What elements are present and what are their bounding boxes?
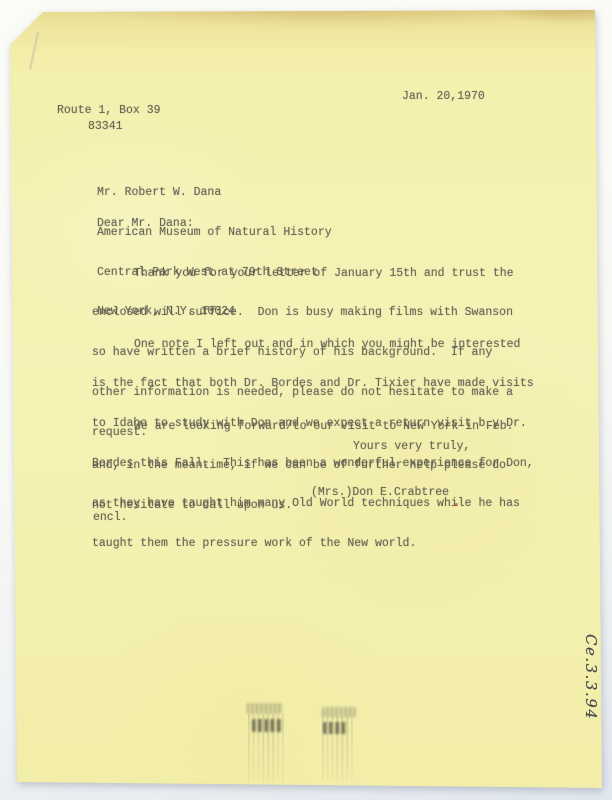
sender-address-line2: 83341 — [88, 120, 123, 133]
recipient-name: Mr. Robert W. Dana — [97, 186, 332, 199]
enclosure-note: encl. — [93, 511, 128, 524]
body-line: and, in the meantime, if we can be of fu… — [92, 459, 514, 472]
body-paragraph-3: We are looking forward/to our visit to N… — [92, 393, 514, 539]
sender-address-line1: Route 1, Box 39 — [57, 104, 161, 117]
smudge-text-row — [247, 703, 283, 714]
ink-speck — [455, 503, 458, 506]
closing-phrase: Yours very truly, — [353, 440, 470, 453]
letter-date: Jan. 20,1970 — [402, 90, 485, 103]
salutation: Dear Mr. Dana: — [97, 217, 194, 230]
scanned-letter-photo: Jan. 20,1970 Route 1, Box 39 83341 Mr. R… — [0, 0, 612, 800]
body-line: One note I left out and in which you mig… — [92, 338, 534, 351]
typed-signature: (Mrs.)Don E.Crabtree — [311, 486, 449, 499]
ink-smudge-left — [245, 701, 285, 785]
paper-scratch-mark — [29, 32, 38, 69]
smudge-streaks — [322, 716, 353, 780]
handwritten-catalog-number: Ce.3.3.94 — [578, 634, 600, 722]
body-line: not hesitate to call upon us. — [92, 499, 514, 512]
ink-smudge-right — [321, 705, 357, 783]
body-line: Thank you for your letter of January 15t… — [92, 267, 514, 280]
paper-shadow-wrap: Jan. 20,1970 Route 1, Box 39 83341 Mr. R… — [0, 0, 612, 800]
body-line: is the fact that both Dr. Bordes and Dr.… — [92, 377, 534, 390]
body-line: We are looking forward/to our visit to N… — [92, 420, 514, 433]
letter-paper: Jan. 20,1970 Route 1, Box 39 83341 Mr. R… — [0, 0, 612, 800]
smudge-streaks — [248, 714, 284, 782]
